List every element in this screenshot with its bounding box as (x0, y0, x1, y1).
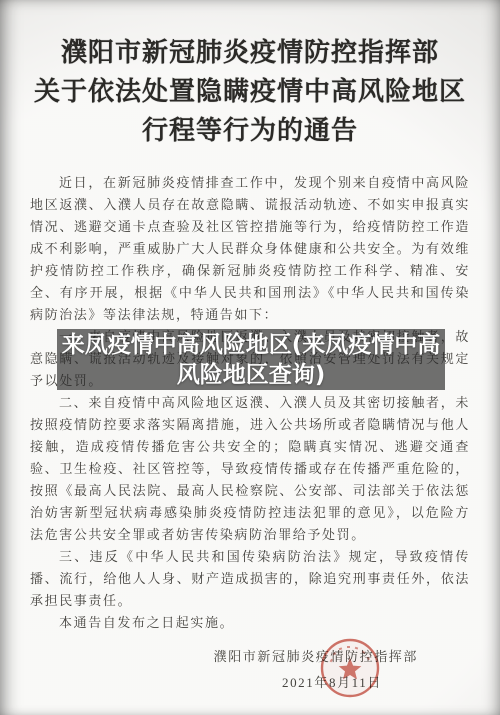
caption-banner: 来凤疫情中高风险地区(来凤疫情中高 风险地区查询) (57, 329, 445, 390)
document-title-line-2: 关于依法处置隐瞒疫情中高风险地区 (0, 72, 500, 111)
caption-line-1: 来凤疫情中高风险地区(来凤疫情中高 (62, 330, 441, 360)
document-body: 近日，在新冠肺炎疫情排查工作中，发现个别来自疫情中高风险地区返濮、入濮人员存在故… (30, 172, 470, 696)
issue-date: 2021年8月11日 (30, 670, 470, 696)
notice-document-photo: 濮阳市新冠肺炎疫情防控指挥部 关于依法处置隐瞒疫情中高风险地区 行程等行为的通告… (0, 0, 500, 715)
paragraph-closing: 本通告自发布之日起实施。 (30, 612, 470, 634)
document-title: 濮阳市新冠肺炎疫情防控指挥部 关于依法处置隐瞒疫情中高风险地区 行程等行为的通告 (0, 0, 500, 150)
paragraph-item-2: 二、来自疫情中高风险地区返濮、入濮人员及其密切接触者，未按照疫情防控要求落实隔离… (30, 392, 470, 546)
red-star-seal-icon (318, 636, 382, 700)
caption-line-2: 风险地区查询) (177, 360, 326, 390)
document-title-line-3: 行程等行为的通告 (0, 111, 500, 150)
issuer-signature: 濮阳市新冠肺炎疫情防控指挥部 (30, 644, 470, 670)
paragraph-intro: 近日，在新冠肺炎疫情排查工作中，发现个别来自疫情中高风险地区返濮、入濮人员存在故… (30, 172, 470, 326)
signature-block: 濮阳市新冠肺炎疫情防控指挥部 2021年8月11日 (30, 644, 470, 696)
paragraph-item-3: 三、违反《中华人民共和国传染病防治法》规定，导致疫情传播、流行，给他人人身、财产… (30, 546, 470, 612)
document-title-line-1: 濮阳市新冠肺炎疫情防控指挥部 (0, 33, 500, 72)
